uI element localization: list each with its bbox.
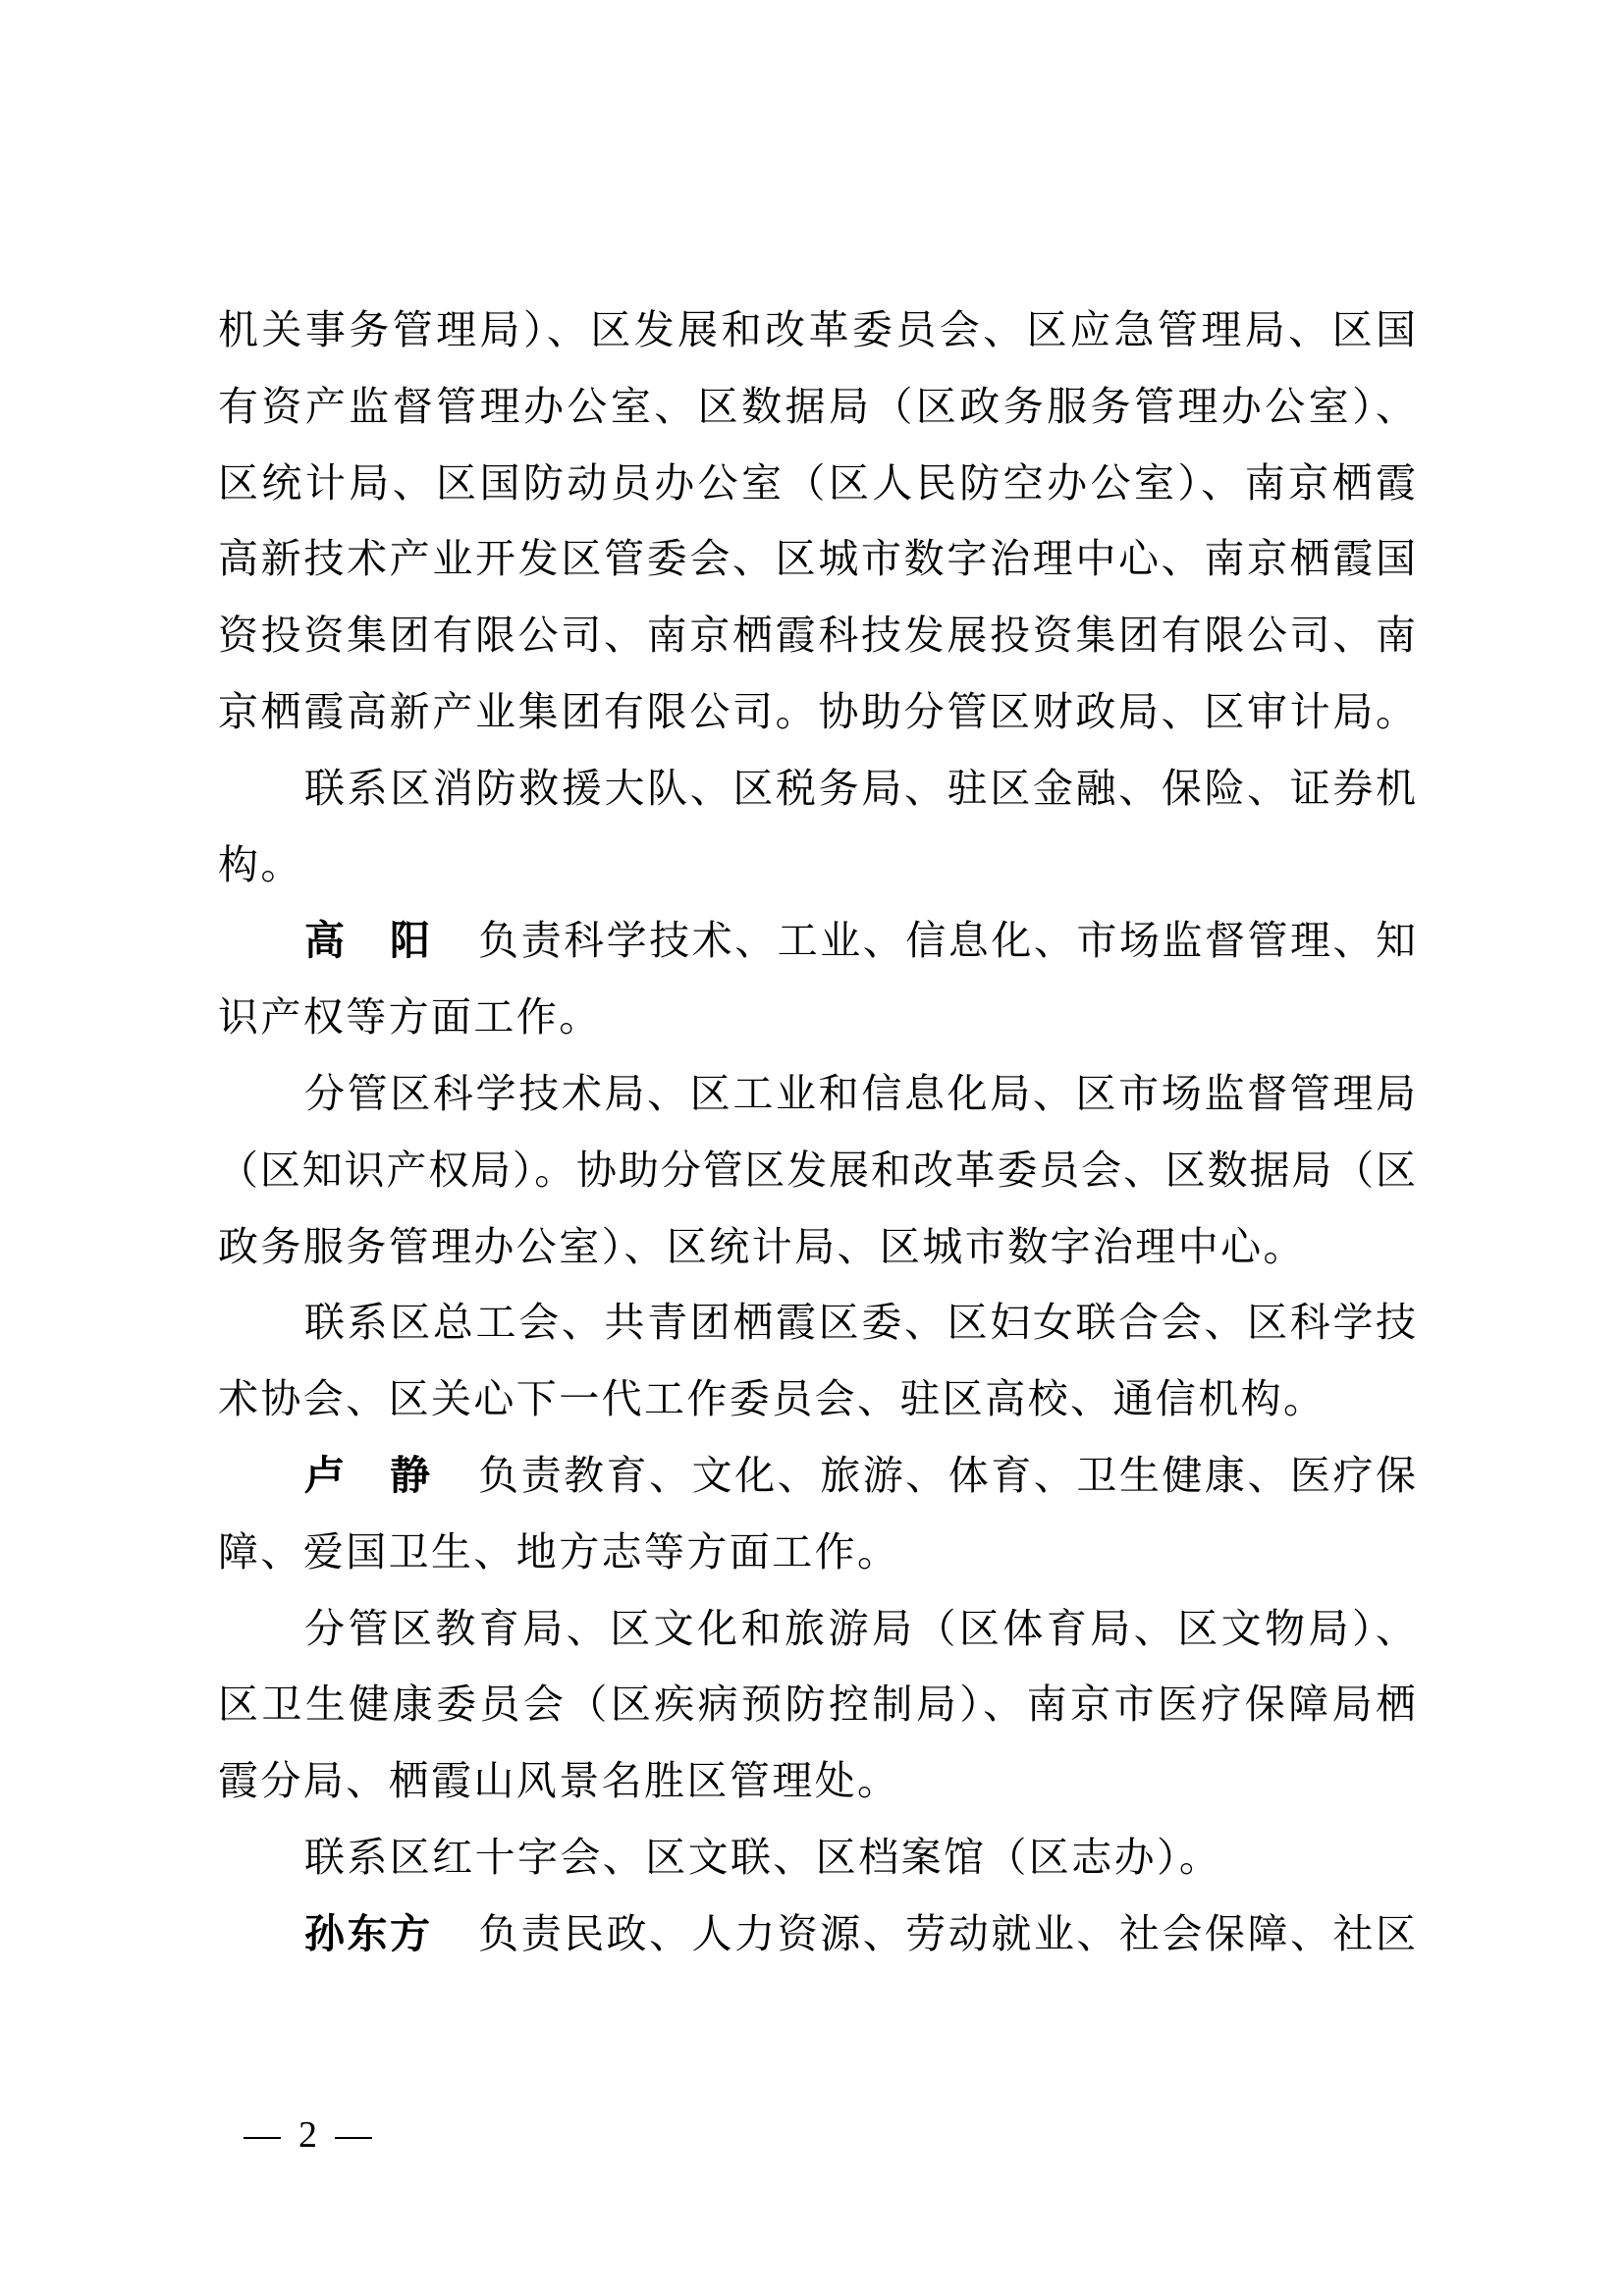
official-name: 卢 静 (304, 1452, 433, 1499)
text-line: 机关事务管理局）、区发展和改革委员会、区应急管理局、区国 (218, 293, 1416, 369)
text-line: 术协会、区关心下一代工作委员会、驻区高校、通信机构。 (218, 1362, 1416, 1438)
duties-text: 负责民政、人力资源、劳动就业、社会保障、社区 (476, 1910, 1416, 1957)
text-line: 区统计局、区国防动员办公室（区人民防空办公室）、南京栖霞 (218, 446, 1416, 522)
official-lu-jing-line: 卢 静负责教育、文化、旅游、体育、卫生健康、医疗保 (218, 1438, 1416, 1515)
paragraph-start-line: 联系区红十字会、区文联、区档案馆（区志办）。 (218, 1820, 1416, 1896)
text-line: 构。 (218, 828, 1416, 904)
official-name: 高 阳 (304, 917, 433, 964)
paragraph-start-line: 联系区总工会、共青团栖霞区委、区妇女联合会、区科学技 (218, 1285, 1416, 1362)
page-number: 2 (244, 2110, 372, 2160)
text-line: 政务服务管理办公室）、区统计局、区城市数字治理中心。 (218, 1209, 1416, 1286)
text-line: （区知识产权局）。协助分管区发展和改革委员会、区数据局（区 (218, 1133, 1416, 1209)
text-line: 高新技术产业开发区管委会、区城市数字治理中心、南京栖霞国 (218, 521, 1416, 598)
dash-left (244, 2137, 281, 2139)
paragraph-start-line: 联系区消防救援大队、区税务局、驻区金融、保险、证券机 (218, 751, 1416, 828)
duties-text: 负责科学技术、工业、信息化、市场监督管理、知 (476, 917, 1416, 964)
body-text: 机关事务管理局）、区发展和改革委员会、区应急管理局、区国 有资产监督管理办公室、… (218, 293, 1416, 1973)
text-line: 京栖霞高新产业集团有限公司。协助分管区财政局、区审计局。 (218, 674, 1416, 751)
paragraph-start-line: 分管区教育局、区文化和旅游局（区体育局、区文物局）、 (218, 1591, 1416, 1668)
text-line: 霞分局、栖霞山风景名胜区管理处。 (218, 1743, 1416, 1820)
page-number-value: 2 (298, 2110, 317, 2160)
text-line: 区卫生健康委员会（区疾病预防控制局）、南京市医疗保障局栖 (218, 1667, 1416, 1743)
official-name: 孙东方 (304, 1910, 433, 1957)
paragraph-start-line: 分管区科学技术局、区工业和信息化局、区市场监督管理局 (218, 1056, 1416, 1133)
text-line: 资投资集团有限公司、南京栖霞科技发展投资集团有限公司、南 (218, 598, 1416, 674)
text-line: 识产权等方面工作。 (218, 980, 1416, 1056)
duties-text: 负责教育、文化、旅游、体育、卫生健康、医疗保 (476, 1452, 1416, 1499)
official-gao-yang-line: 高 阳负责科学技术、工业、信息化、市场监督管理、知 (218, 903, 1416, 980)
dash-right (335, 2137, 372, 2139)
document-page: 机关事务管理局）、区发展和改革委员会、区应急管理局、区国 有资产监督管理办公室、… (0, 0, 1624, 2296)
text-line: 障、爱国卫生、地方志等方面工作。 (218, 1515, 1416, 1591)
official-sun-dongfang-line: 孙东方负责民政、人力资源、劳动就业、社会保障、社区 (218, 1896, 1416, 1973)
text-line: 有资产监督管理办公室、区数据局（区政务服务管理办公室）、 (218, 369, 1416, 446)
